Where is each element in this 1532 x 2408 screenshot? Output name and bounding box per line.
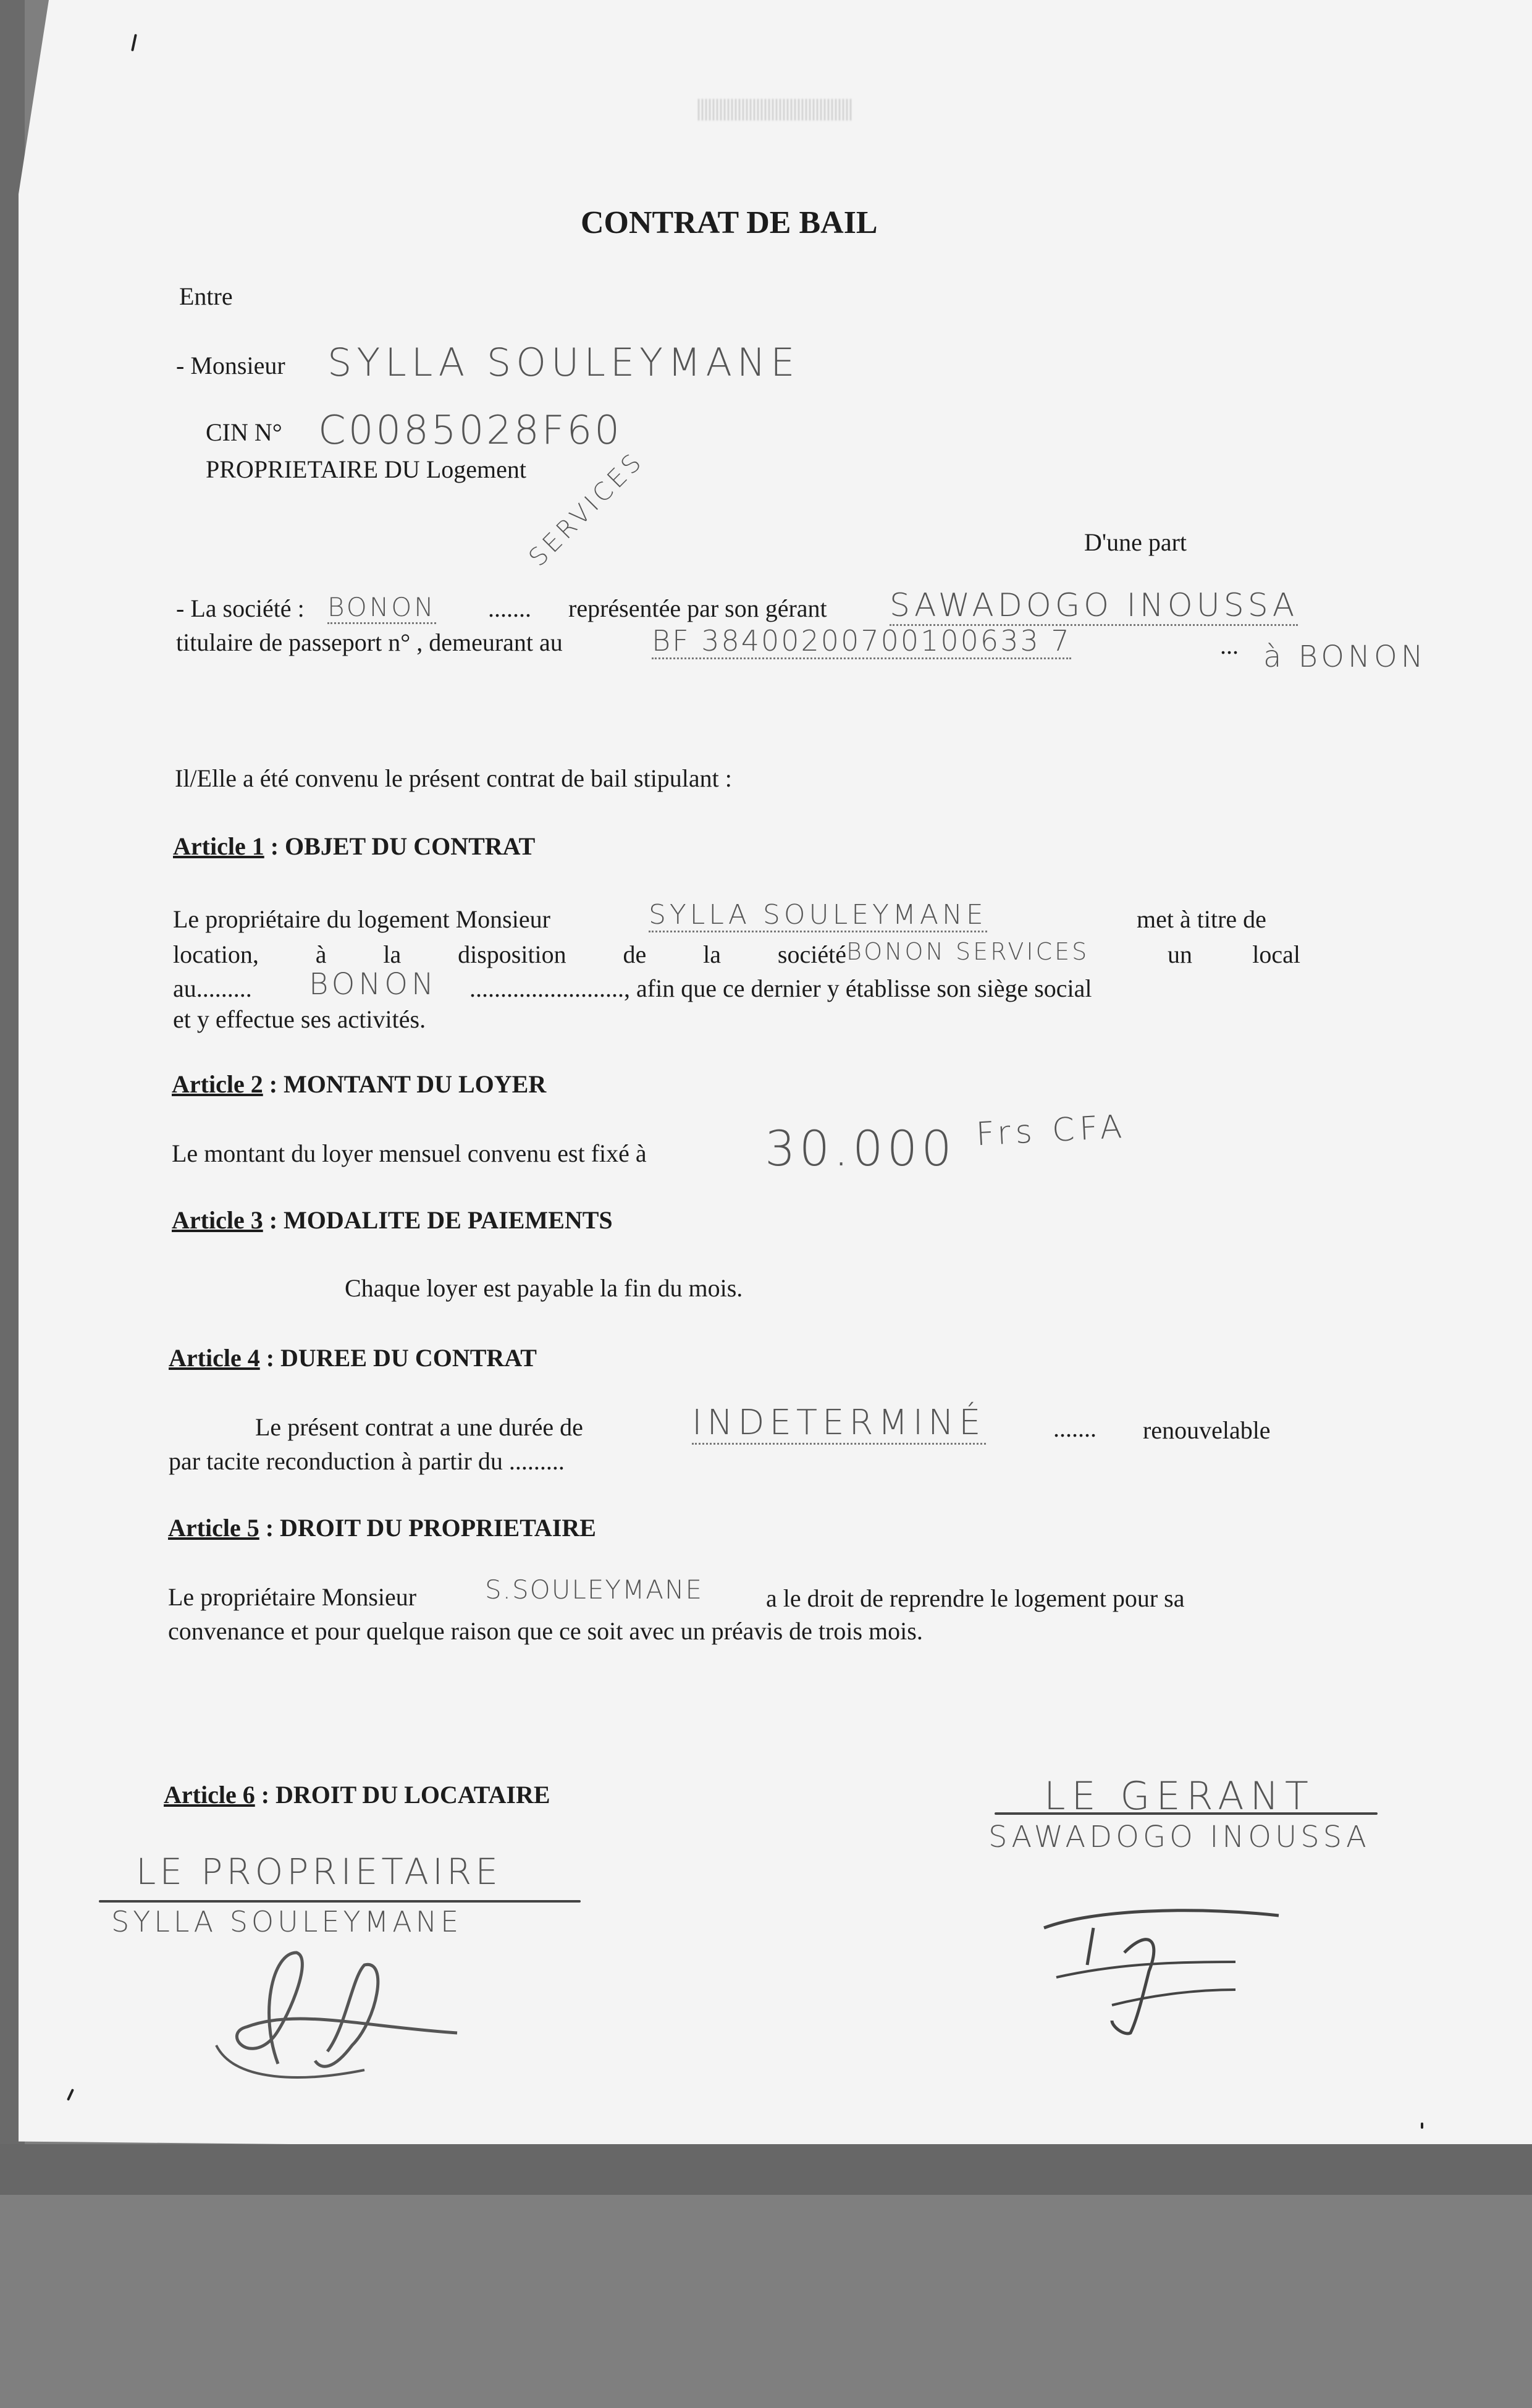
article-5-owner-handwritten: S.SOULEYMANE [485, 1574, 703, 1605]
owner-signature-underline [99, 1900, 581, 1903]
word: local [1252, 942, 1300, 967]
word: un [1168, 942, 1192, 967]
article-4-number: Article 4 [169, 1344, 260, 1372]
article-4-text-c: par tacite reconduction à partir du ....… [169, 1449, 565, 1474]
word: disposition [458, 942, 566, 967]
duration-handwritten: INDETERMINÉ [692, 1403, 986, 1445]
article-2-number: Article 2 [172, 1070, 263, 1098]
pen-mark [1421, 2123, 1423, 2129]
passport-dots: ... [1220, 633, 1239, 658]
article-1-line-3b: ........................., afin que ce d… [469, 976, 1092, 1001]
article-3-heading: Article 3 : MODALITE DE PAIEMENTS [172, 1208, 613, 1233]
monsieur-label: - Monsieur [176, 353, 285, 378]
cin-label: CIN N° [206, 420, 282, 445]
article-5-heading: Article 5 : DROIT DU PROPRIETAIRE [168, 1516, 596, 1540]
owner-name-handwritten: SYLLA SOULEYMANE [327, 340, 799, 385]
article-5-title: : DROIT DU PROPRIETAIRE [266, 1514, 596, 1542]
word: la [703, 942, 721, 967]
article-5-text-c: convenance et pour quelque raison que ce… [168, 1619, 923, 1644]
article-1-number: Article 1 [173, 832, 264, 860]
article-4-title: : DUREE DU CONTRAT [266, 1344, 537, 1372]
scan-bottom-band [0, 2144, 1532, 2195]
article-1-line-1b: met à titre de [1137, 907, 1266, 932]
owner-role-handwritten: LE PROPRIETAIRE [136, 1851, 502, 1893]
cin-number-handwritten: C0085028F60 [318, 408, 622, 454]
represente-label: représentée par son gérant [568, 596, 827, 621]
word: de [623, 942, 647, 967]
article-1-line-2-end: un local [1168, 942, 1300, 967]
dune-part-label: D'une part [1084, 530, 1187, 555]
rent-amount-handwritten: 30.000 [765, 1122, 956, 1177]
article-3-text: Chaque loyer est payable la fin du mois. [345, 1276, 743, 1301]
article-1-title: : OBJET DU CONTRAT [271, 832, 536, 860]
article-6-title: : DROIT DU LOCATAIRE [261, 1781, 550, 1809]
entre-label: Entre [179, 284, 233, 309]
article-1-line-2: location, à la disposition de la société [173, 942, 846, 967]
lieu-handwritten: à BONON [1263, 640, 1427, 674]
article-1-local-handwritten: BONON [309, 967, 437, 1002]
article-1-line-4: et y effectue ses activités. [173, 1007, 426, 1032]
page-title: CONTRAT DE BAIL [581, 207, 878, 239]
intro-text: Il/Elle a été convenu le présent contrat… [175, 766, 732, 791]
passport-number-handwritten: BF 38400200700100633 7 [652, 624, 1071, 659]
manager-signature-underline [995, 1812, 1378, 1815]
article-2-text: Le montant du loyer mensuel convenu est … [172, 1141, 647, 1166]
article-2-title: : MONTANT DU LOYER [269, 1070, 547, 1098]
rent-currency-handwritten: Frs CFA [975, 1109, 1128, 1154]
article-5-text-b: a le droit de reprendre le logement pour… [766, 1586, 1185, 1611]
article-6-number: Article 6 [164, 1781, 255, 1809]
article-5-number: Article 5 [168, 1514, 259, 1542]
article-3-title: : MODALITE DE PAIEMENTS [269, 1206, 613, 1234]
word: société [778, 942, 846, 967]
article-4-heading: Article 4 : DUREE DU CONTRAT [169, 1346, 537, 1371]
societe-label: - La société : [176, 596, 305, 621]
article-4-text-a: Le présent contrat a une durée de [255, 1415, 583, 1440]
article-2-heading: Article 2 : MONTANT DU LOYER [172, 1072, 546, 1097]
word: location, [173, 942, 259, 967]
article-5-text-a: Le propriétaire Monsieur [168, 1585, 416, 1610]
scan-smudge [698, 99, 852, 120]
article-1-line-1a: Le propriétaire du logement Monsieur [173, 907, 550, 932]
article-1-heading: Article 1 : OBJET DU CONTRAT [173, 834, 535, 859]
societe-dots: ....... [488, 596, 531, 621]
gerant-name-handwritten: SAWADOGO INOUSSA [890, 587, 1298, 626]
manager-signature [1038, 1903, 1297, 2051]
societe-name-handwritten: BONON [327, 592, 436, 624]
article-1-owner-handwritten: SYLLA SOULEYMANE [649, 899, 987, 932]
article-4-dots: ....... [1053, 1416, 1096, 1441]
owner-signature [210, 1940, 469, 2089]
word: à [316, 942, 327, 967]
owner-name-sig-handwritten: SYLLA SOULEYMANE [111, 1905, 462, 1938]
manager-name-sig-handwritten: SAWADOGO INOUSSA [988, 1820, 1370, 1854]
passport-label: titulaire de passeport n° , demeurant au [176, 630, 563, 655]
article-1-line-3a: au......... [173, 976, 252, 1001]
article-6-heading: Article 6 : DROIT DU LOCATAIRE [164, 1783, 550, 1807]
article-3-number: Article 3 [172, 1206, 263, 1234]
article-4-text-b: renouvelable [1143, 1418, 1271, 1443]
proprietaire-label: PROPRIETAIRE DU Logement [206, 457, 526, 482]
word: la [383, 942, 401, 967]
article-1-societe-handwritten: BONON SERVICES [846, 938, 1089, 965]
